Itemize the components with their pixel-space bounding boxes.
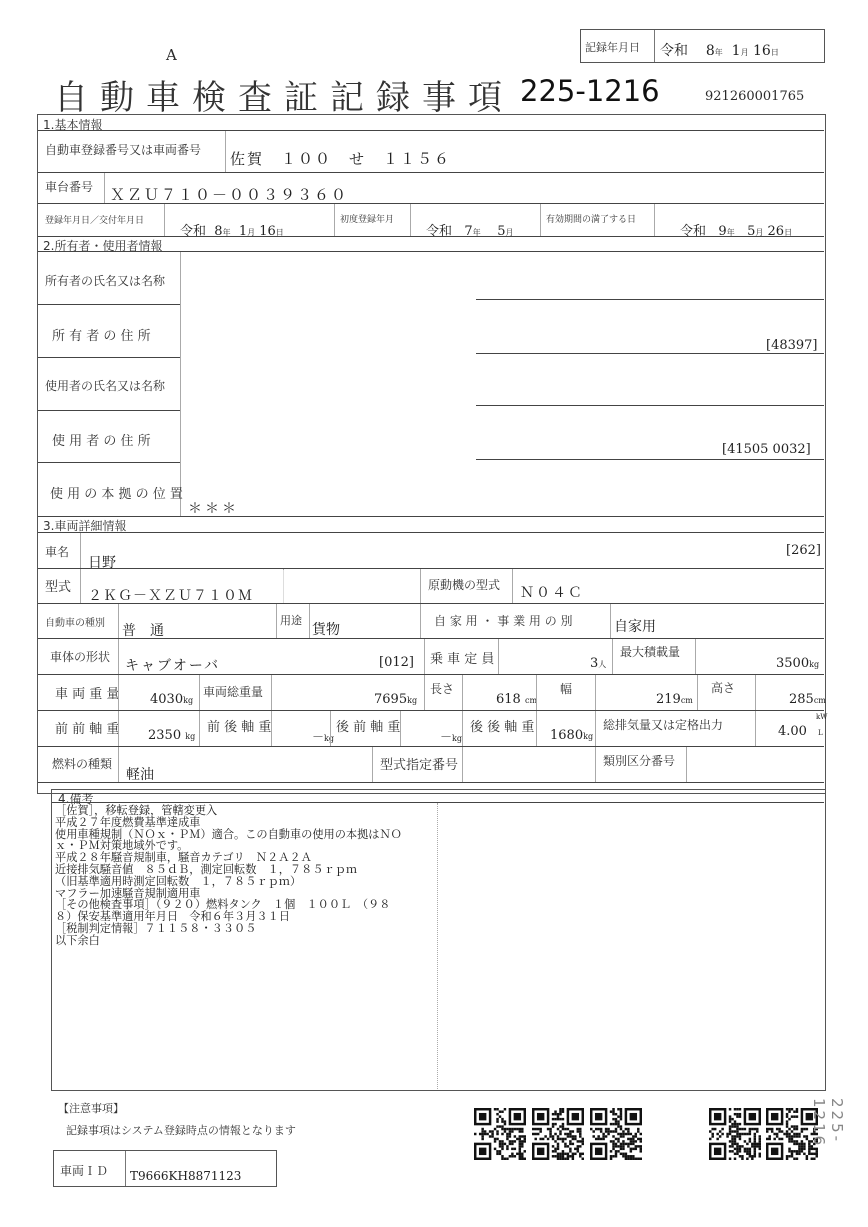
length: 618 cm — [496, 692, 537, 707]
body-shape-label: 車体の形状 — [50, 648, 110, 665]
rr-axle-weight: 1680kg — [550, 728, 593, 743]
user-address-label: 使 用 者 の 住 所 — [52, 430, 151, 449]
remark-line: （旧基準適用時測定回転数 １，７８５ｒｐｍ） — [55, 876, 402, 888]
handwritten-side-note: 225-1216 — [810, 1098, 846, 1148]
reg-number-label: 自動車登録番号又は車両番号 — [45, 141, 201, 158]
qr-code-1 — [474, 1108, 526, 1160]
user-name-label: 使用者の氏名又は名称 — [45, 377, 165, 394]
top-marker: A — [166, 46, 177, 64]
max-load-label: 最大積載量 — [620, 643, 680, 660]
fuel-type-label: 燃料の種類 — [52, 755, 112, 772]
width: 219cm — [656, 692, 693, 707]
fuel-type: 軽油 — [126, 764, 154, 784]
vehicle-id: T9666KH8871123 — [130, 1169, 241, 1183]
vehicle-id-label: 車両ＩＤ — [60, 1162, 108, 1179]
fr-axle-label: 前 後 軸 重 — [207, 716, 271, 735]
vehicle-weight: 4030kg — [150, 692, 193, 707]
displacement: 4.00 — [778, 724, 807, 739]
type-designation-label: 型式指定番号 — [380, 754, 458, 773]
notice-title: 【注意事項】 — [58, 1100, 124, 1116]
owner-name-label: 所有者の氏名又は名称 — [45, 272, 165, 289]
vehicle-type: 普 通 — [122, 620, 164, 640]
height-label: 高さ — [711, 679, 735, 696]
vehicle-weight-label: 車 両 重 量 — [55, 683, 119, 702]
body-shape-code: [012] — [379, 655, 414, 670]
qr-code-4 — [709, 1108, 761, 1160]
record-date: 令和 8年 1月 16日 — [660, 40, 779, 60]
remark-line: 平成２７年度燃費基準達成車 — [55, 817, 402, 829]
private-business: 自家用 — [614, 616, 656, 636]
capacity-label: 乗 車 定 員 — [430, 648, 494, 667]
owner-address-label: 所 有 者 の 住 所 — [52, 325, 151, 344]
max-load: 3500kg — [776, 656, 819, 671]
private-business-label: 自 家 用 ・ 事 業 用 の 別 — [434, 612, 573, 629]
use-label: 用途 — [280, 612, 302, 628]
displacement-unit-kw: kW — [816, 713, 827, 721]
use: 貨物 — [312, 619, 340, 639]
remark-line: 近接排気騒音値 ８５ｄＢ，測定回転数 １，７８５ｒｐｍ — [55, 864, 402, 876]
model-label: 型式 — [45, 576, 71, 595]
vehicle-type-label: 自動車の種別 — [45, 614, 105, 629]
reg-number: 佐賀 １００ せ １１５６ — [230, 148, 451, 169]
qr-code-2 — [532, 1108, 584, 1160]
chassis-number: ＸＺＵ７１０－００３９３６０ — [110, 184, 348, 205]
displacement-unit-l: L — [818, 729, 823, 737]
rf-axle-label: 後 前 軸 重 — [336, 716, 400, 735]
car-name-code: [262] — [786, 543, 821, 558]
gross-weight: 7695kg — [374, 692, 417, 707]
displacement-label: 総排気量又は定格出力 — [603, 716, 723, 733]
owner-address-code: [48397] — [766, 338, 818, 353]
engine-label: 原動機の型式 — [428, 576, 500, 593]
remark-line: 以下余白 — [55, 935, 402, 947]
ff-axle-weight: 2350 kg — [148, 728, 195, 743]
gross-weight-label: 車両総重量 — [203, 683, 263, 700]
document-number: 921260001765 — [705, 89, 804, 104]
car-name: 日野 — [88, 552, 116, 572]
length-label: 長さ — [430, 680, 454, 697]
model: ２ＫＧ－ＸＺＵ７１０Ｍ — [88, 585, 253, 605]
height: 285cm — [789, 692, 826, 707]
capacity: 3人 — [590, 656, 606, 671]
body-shape: キャブオーバ — [125, 655, 220, 675]
page-title: 自動車検査証記録事項 — [54, 70, 514, 119]
qr-code-3 — [590, 1108, 642, 1160]
record-date-label: 記録年月日 — [585, 39, 640, 55]
ff-axle-label: 前 前 軸 重 — [55, 718, 119, 737]
width-label: 幅 — [560, 680, 572, 697]
engine-model: Ｎ０４Ｃ — [520, 582, 584, 602]
reg-date-label: 登録年月日／交付年月日 — [45, 213, 144, 226]
chassis-label: 車台番号 — [45, 178, 93, 195]
category-label: 類別区分番号 — [603, 752, 675, 769]
notice-text: 記録事項はシステム登録時点の情報となります — [66, 1122, 296, 1138]
user-address-code: [41505 0032] — [722, 442, 811, 457]
remarks-list: ［佐賀］，移転登録，管轄変更入平成２７年度燃費基準達成車使用車種規制（ＮＯｘ・Ｐ… — [55, 805, 402, 947]
rf-axle-weight: －kg — [440, 728, 462, 745]
base-location: ＊＊＊ — [188, 498, 239, 518]
expiry-label: 有効期間の満了する日 — [546, 212, 636, 225]
rr-axle-label: 後 後 軸 重 — [470, 716, 534, 735]
base-location-label: 使 用 の 本 拠 の 位 置 — [50, 483, 183, 502]
first-reg-label: 初度登録年月 — [340, 212, 394, 225]
handwritten-code: 225-1216 — [520, 74, 660, 108]
remark-line: ［税制判定情報］７１１５８・３３０５ — [55, 923, 402, 935]
car-name-label: 車名 — [45, 543, 69, 560]
